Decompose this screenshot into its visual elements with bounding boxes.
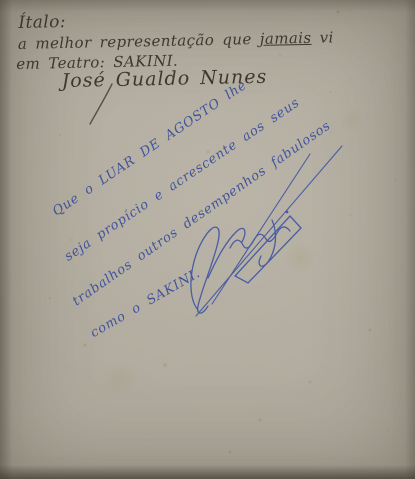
autograph-page: Ítalo: a melhor representação que jamais… [0,0,415,479]
underlined-word: jamais [260,29,312,48]
dedication-dark-ink: Ítalo: a melhor representação que jamais… [0,0,415,4]
signature-flourish-icon [168,128,358,328]
dedication-line-2-after: vi [311,28,334,46]
blue-line-3: trabalhos outros desempenhos fabulosos [70,118,334,309]
dedication-line-2-before: a melhor representação que [18,30,260,53]
dedication-line-2: a melhor representação que jamais vi [18,28,334,53]
dedication-recipient: Ítalo: [18,12,66,33]
